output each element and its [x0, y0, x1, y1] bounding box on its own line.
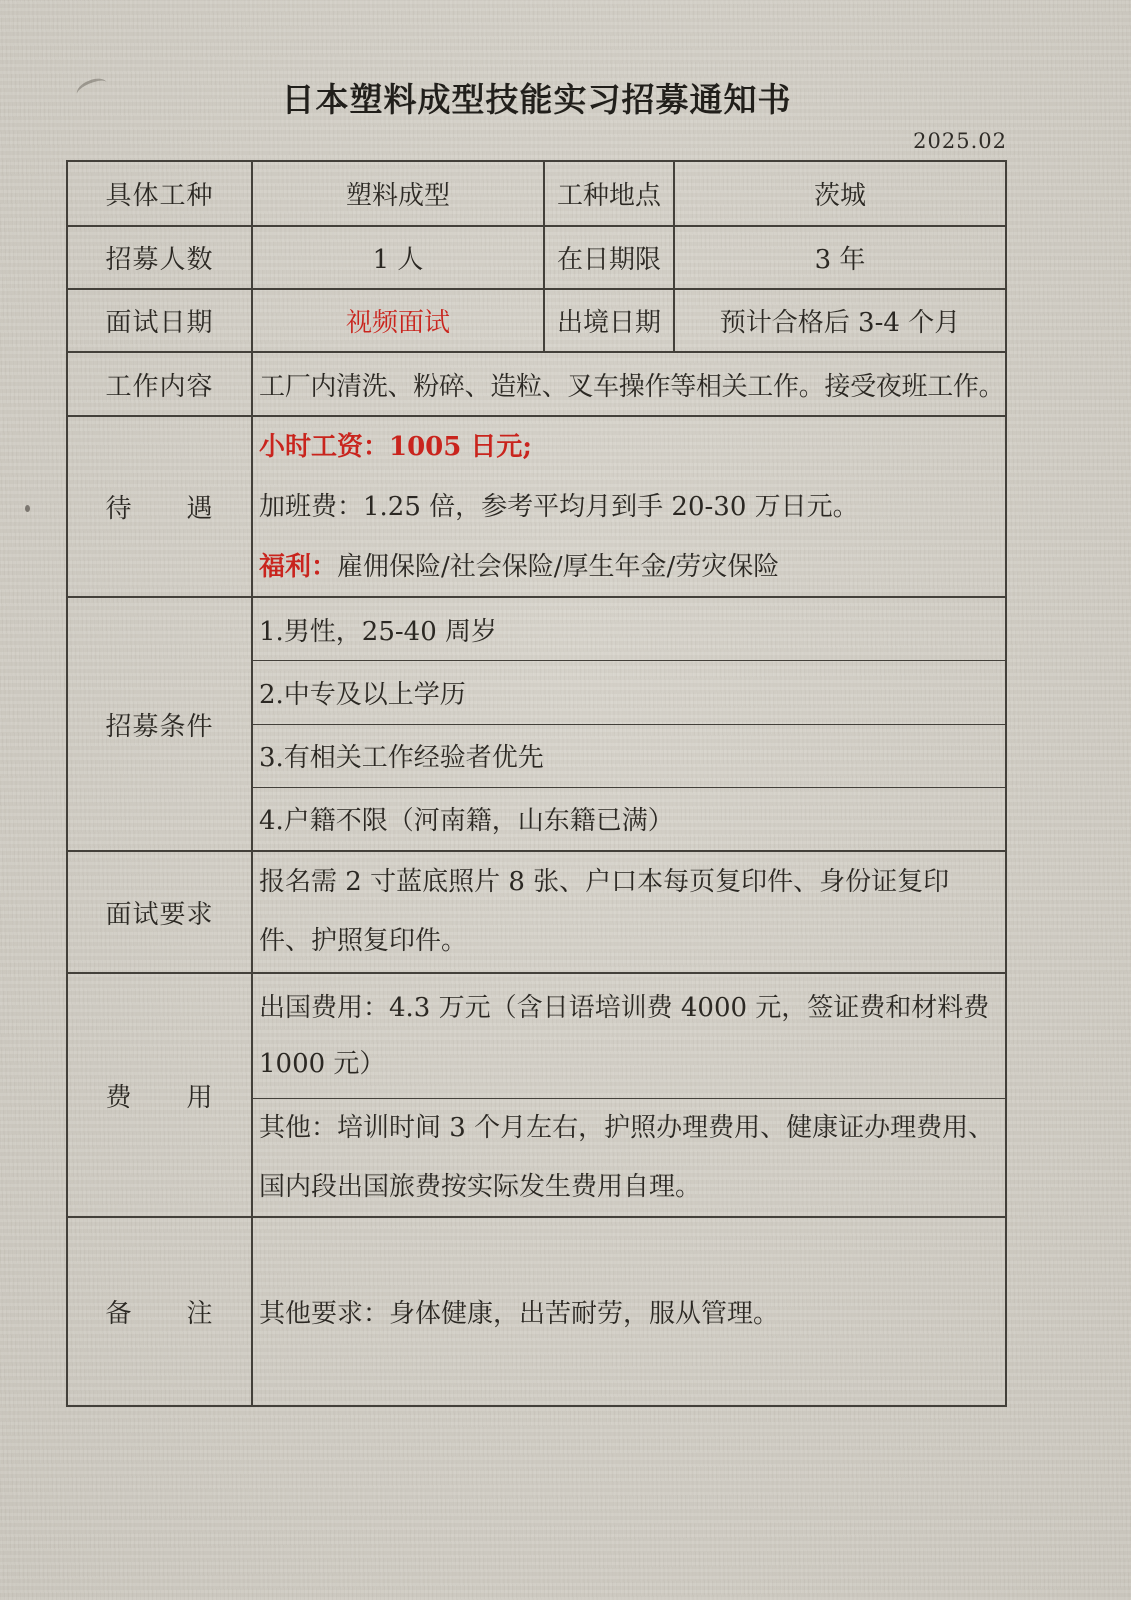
hourly-wage-line: 小时工资：1005 日元;	[259, 417, 999, 477]
departure-date-value: 预计合格后 3-4 个月	[675, 290, 1005, 351]
interview-date-value: 视频面试	[253, 290, 545, 351]
welfare-line: 福利：雇佣保险/社会保险/厚生年金/劳灾保险	[259, 537, 999, 597]
remarks-value: 其他要求：身体健康，出苦耐劳，服从管理。	[253, 1218, 1005, 1405]
requirement-item: 3.有相关工作经验者优先	[253, 725, 1005, 788]
treatment-label: 待 遇	[68, 417, 253, 596]
welfare-prefix: 福利：	[259, 552, 337, 582]
table-row-job: 具体工种 塑料成型 工种地点 茨城	[68, 162, 1005, 227]
paper-speck	[25, 505, 30, 512]
page-title: 日本塑料成型技能实习招募通知书	[66, 74, 1007, 121]
fee-item-abroad: 出国费用：4.3 万元（含日语培训费 4000 元，签证费和材料费 1000 元…	[253, 974, 1005, 1099]
table-row-interview-date: 面试日期 视频面试 出境日期 预计合格后 3-4 个月	[68, 290, 1005, 353]
table-row-fees: 费 用 出国费用：4.3 万元（含日语培训费 4000 元，签证费和材料费 10…	[68, 974, 1005, 1218]
job-value: 塑料成型	[253, 162, 545, 225]
fees-list: 出国费用：4.3 万元（含日语培训费 4000 元，签证费和材料费 1000 元…	[253, 974, 1005, 1216]
document-date: 2025.02	[66, 129, 1007, 153]
departure-date-label: 出境日期	[545, 290, 675, 351]
job-location-label: 工种地点	[545, 162, 675, 225]
stay-period-label: 在日期限	[545, 227, 675, 288]
table-row-headcount: 招募人数 1 人 在日期限 3 年	[68, 227, 1005, 290]
treatment-content: 小时工资：1005 日元; 加班费：1.25 倍，参考平均月到手 20-30 万…	[253, 417, 1005, 596]
requirement-item: 2.中专及以上学历	[253, 661, 1005, 724]
job-label: 具体工种	[68, 162, 253, 225]
requirements-list: 1.男性，25-40 周岁 2.中专及以上学历 3.有相关工作经验者优先 4.户…	[253, 598, 1005, 850]
headcount-value: 1 人	[253, 227, 545, 288]
requirements-label: 招募条件	[68, 598, 253, 850]
recruitment-table: 具体工种 塑料成型 工种地点 茨城 招募人数 1 人 在日期限 3 年 面试日期…	[66, 160, 1007, 1407]
table-row-requirements: 招募条件 1.男性，25-40 周岁 2.中专及以上学历 3.有相关工作经验者优…	[68, 598, 1005, 852]
work-content-label: 工作内容	[68, 353, 253, 415]
job-location-value: 茨城	[675, 162, 1005, 225]
document-page: 日本塑料成型技能实习招募通知书 2025.02 具体工种 塑料成型 工种地点 茨…	[0, 0, 1131, 1600]
welfare-text: 雇佣保险/社会保险/厚生年金/劳灾保险	[337, 552, 779, 582]
table-row-remarks: 备 注 其他要求：身体健康，出苦耐劳，服从管理。	[68, 1218, 1005, 1405]
interview-date-label: 面试日期	[68, 290, 253, 351]
overtime-line: 加班费：1.25 倍，参考平均月到手 20-30 万日元。	[259, 477, 999, 537]
requirement-item: 4.户籍不限（河南籍，山东籍已满）	[253, 788, 1005, 850]
fees-label: 费 用	[68, 974, 253, 1216]
fee-item-other: 其他：培训时间 3 个月左右，护照办理费用、健康证办理费用、国内段出国旅费按实际…	[253, 1099, 1005, 1217]
table-row-treatment: 待 遇 小时工资：1005 日元; 加班费：1.25 倍，参考平均月到手 20-…	[68, 417, 1005, 598]
remarks-label: 备 注	[68, 1218, 253, 1405]
table-row-work-content: 工作内容 工厂内清洗、粉碎、造粒、叉车操作等相关工作。接受夜班工作。	[68, 353, 1005, 417]
work-content-value: 工厂内清洗、粉碎、造粒、叉车操作等相关工作。接受夜班工作。	[253, 353, 1010, 415]
headcount-label: 招募人数	[68, 227, 253, 288]
requirement-item: 1.男性，25-40 周岁	[253, 598, 1005, 661]
stay-period-value: 3 年	[675, 227, 1005, 288]
table-row-interview-requirements: 面试要求 报名需 2 寸蓝底照片 8 张、户口本每页复印件、身份证复印件、护照复…	[68, 852, 1005, 974]
interview-requirements-value: 报名需 2 寸蓝底照片 8 张、户口本每页复印件、身份证复印件、护照复印件。	[253, 852, 1005, 972]
interview-requirements-label: 面试要求	[68, 852, 253, 972]
